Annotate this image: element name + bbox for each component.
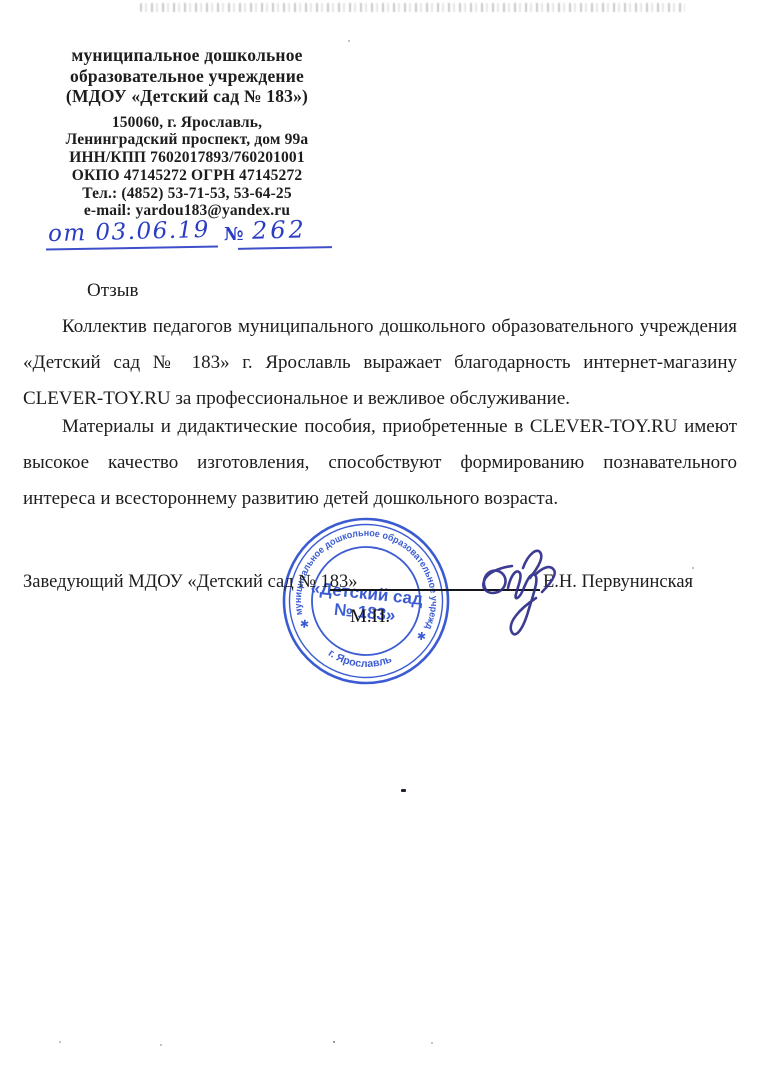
- paragraph-line: Материалы и дидактические пособия, приоб…: [23, 409, 737, 445]
- scan-speck: [59, 1041, 61, 1043]
- signer-position-label: Заведующий МДОУ «Детский сад № 183»: [23, 572, 358, 593]
- paragraph-2: Материалы и дидактические пособия, приоб…: [23, 409, 737, 517]
- seal-place-mark: М.П.: [350, 606, 390, 628]
- scan-speck: [692, 567, 694, 569]
- handwritten-signature: [468, 538, 573, 648]
- letterhead-okpo-ogrn-line: ОКПО 47145272 ОГРН 47145272: [12, 167, 362, 185]
- letterhead-address-line: Ленинградский проспект, дом 99а: [12, 131, 362, 149]
- scan-speck: [401, 789, 406, 792]
- scan-noise-band: [140, 3, 685, 12]
- letterhead-org-line: образовательное учреждение: [12, 66, 362, 87]
- scan-speck: [333, 1041, 335, 1043]
- stamp-star-right: ✱: [416, 631, 426, 644]
- letterhead-org-line: (МДОУ «Детский сад № 183»): [12, 86, 362, 107]
- scan-speck: [431, 1042, 433, 1044]
- document-title: Отзыв: [87, 280, 139, 302]
- paragraph-line: «Детский сад № 183» г. Ярославль выражае…: [23, 345, 737, 381]
- handwritten-number: 262: [252, 215, 308, 244]
- scan-speck: [160, 1044, 162, 1046]
- handwritten-date: от 03.06.19: [48, 217, 211, 247]
- letterhead-phone-line: Тел.: (4852) 53-71-53, 53-64-25: [12, 185, 362, 203]
- number-sign: №: [224, 224, 244, 245]
- paragraph-line: Коллектив педагогов муниципального дошко…: [23, 309, 737, 345]
- stamp-city-text: г. Ярославль: [325, 646, 395, 673]
- paragraph-line: высокое качество изготовления, способств…: [23, 445, 737, 481]
- scan-speck: [348, 40, 350, 42]
- paragraph-1: Коллектив педагогов муниципального дошко…: [23, 309, 737, 417]
- letterhead-org-line: муниципальное дошкольное: [12, 45, 362, 66]
- letterhead-details: 150060, г. Ярославль, Ленинградский прос…: [12, 114, 362, 221]
- scanned-letter-page: муниципальное дошкольное образовательное…: [0, 0, 764, 1080]
- stamp-star-left: ✱: [299, 618, 309, 631]
- letterhead: муниципальное дошкольное образовательное…: [12, 45, 362, 220]
- letterhead-inn-kpp-line: ИНН/КПП 7602017893/760201001: [12, 149, 362, 167]
- round-stamp: муниципальное дошкольное образовательное…: [276, 511, 456, 691]
- letterhead-address-line: 150060, г. Ярославль,: [12, 114, 362, 132]
- number-underline: [238, 246, 332, 250]
- letterhead-org-name: муниципальное дошкольное образовательное…: [12, 45, 362, 107]
